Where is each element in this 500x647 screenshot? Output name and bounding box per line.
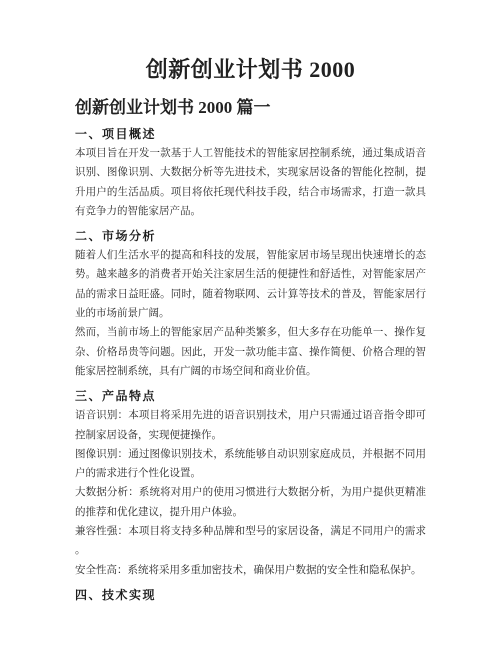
paragraph: 兼容性强：本项目将支持多种品牌和型号的家居设备，满足不同用户的需求。 (75, 522, 426, 561)
section-heading-technical-implementation: 四、技术实现 (75, 587, 426, 604)
document-subtitle: 创新创业计划书 2000 篇一 (75, 96, 426, 119)
document-title: 创新创业计划书 2000 (75, 56, 426, 84)
paragraph: 安全性高：系统将采用多重加密技术，确保用户数据的安全性和隐私保护。 (75, 561, 426, 580)
section-heading-product-features: 三、产品特点 (75, 388, 426, 405)
section-heading-market-analysis: 二、市场分析 (75, 228, 426, 245)
paragraph: 图像识别：通过图像识别技术，系统能够自动识别家庭成员，并根据不同用户的需求进行个… (75, 445, 426, 484)
paragraph: 大数据分析：系统将对用户的使用习惯进行大数据分析，为用户提供更精准的推荐和优化建… (75, 483, 426, 522)
paragraph: 然而，当前市场上的智能家居产品种类繁多，但大多存在功能单一、操作复杂、价格昂贵等… (75, 323, 426, 381)
paragraph: 随着人们生活水平的提高和科技的发展，智能家居市场呈现出快速增长的态势。越来越多的… (75, 246, 426, 323)
section-heading-project-overview: 一、项目概述 (75, 126, 426, 143)
paragraph: 本项目旨在开发一款基于人工智能技术的智能家居控制系统，通过集成语音识别、图像识别… (75, 144, 426, 221)
paragraph: 语音识别：本项目将采用先进的语音识别技术，用户只需通过语音指令即可控制家居设备，… (75, 406, 426, 445)
document-page: 创新创业计划书 2000 创新创业计划书 2000 篇一 一、项目概述 本项目旨… (0, 0, 500, 647)
